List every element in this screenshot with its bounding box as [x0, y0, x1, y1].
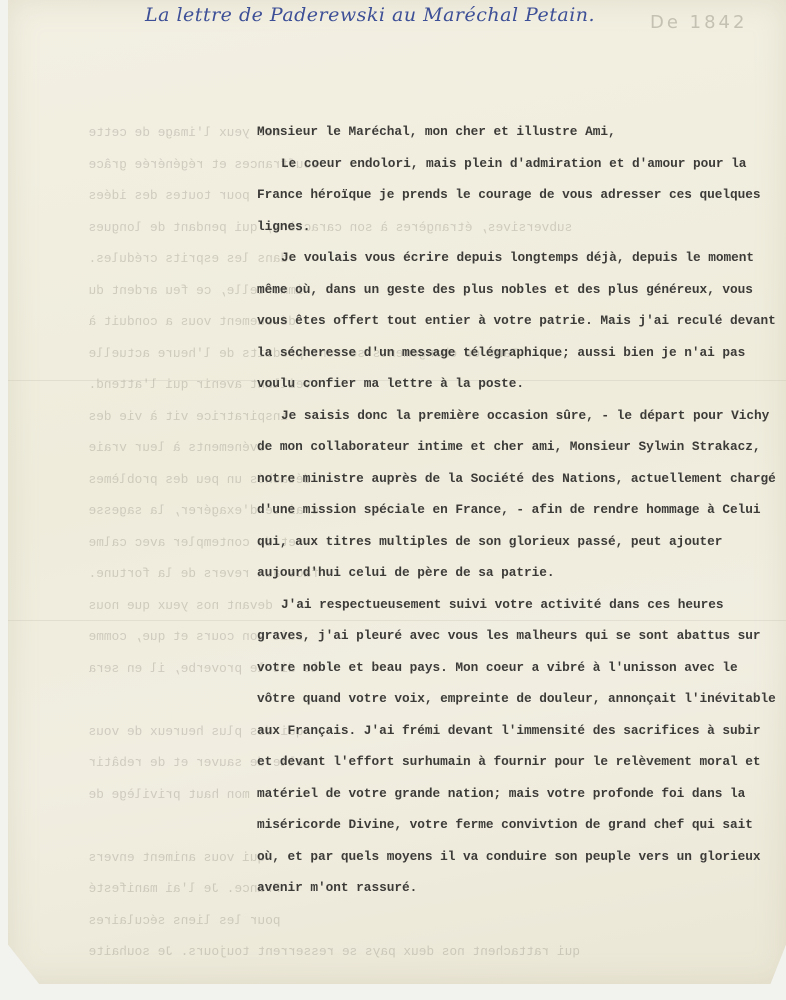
- paragraph-1: Le coeur endolori, mais plein d'admirati…: [257, 148, 777, 243]
- paragraph-4: J'ai respectueusement suivi votre activi…: [257, 589, 777, 904]
- handwritten-title: La lettre de Paderewski au Maréchal Peta…: [145, 4, 595, 26]
- letter-body: Monsieur le Maréchal, mon cher et illust…: [257, 116, 777, 904]
- pencil-annotation: De 1842: [650, 12, 747, 33]
- paragraph-3: Je saisis donc la première occasion sûre…: [257, 400, 777, 589]
- salutation: Monsieur le Maréchal, mon cher et illust…: [257, 116, 777, 148]
- paragraph-2: Je voulais vous écrire depuis longtemps …: [257, 242, 777, 400]
